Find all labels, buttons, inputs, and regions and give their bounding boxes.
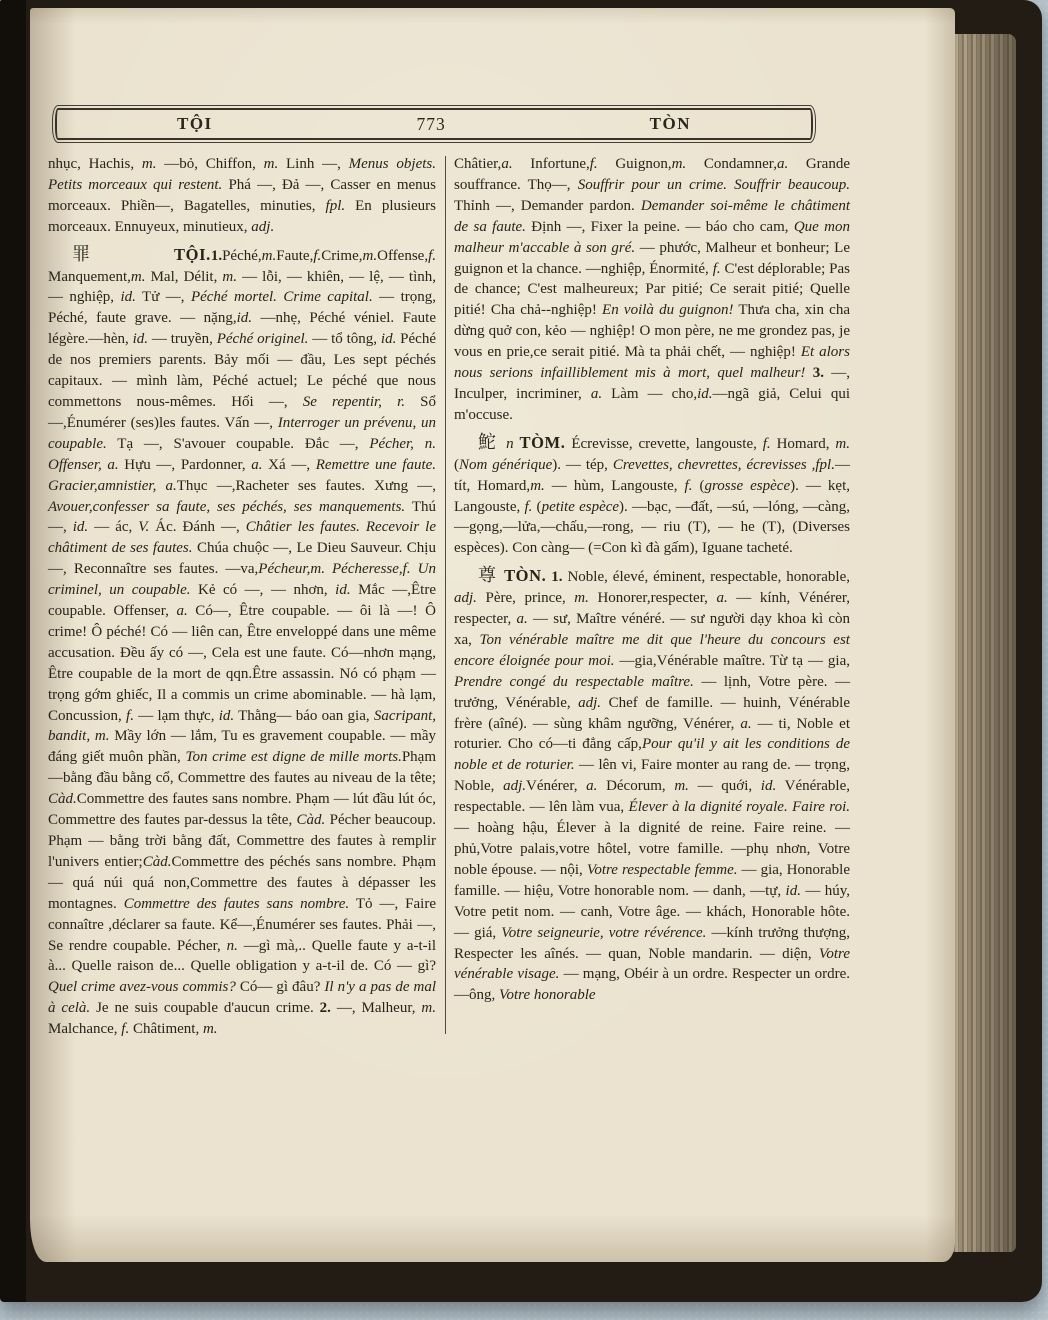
- book-photo: { "running_head": { "left_catchword": "T…: [0, 0, 1048, 1320]
- entry-toi-continuation: Châtier,a. Infortune,f. Guignon,m. Conda…: [454, 154, 850, 426]
- running-head-right-catchword: TÒN: [650, 114, 691, 134]
- entry-tom: 鮀 n TÒM. Écrevisse, crevette, langouste,…: [454, 433, 850, 559]
- page-number: 773: [417, 114, 446, 135]
- column-right: Châtier,a. Infortune,f. Guignon,m. Conda…: [454, 154, 850, 1040]
- entry-ton: 尊 TÒN. 1. Noble, élevé, éminent, respect…: [454, 566, 850, 1006]
- dictionary-page: TỘI 773 TÒN nhục, Hachis, m. —bỏ, Chiffo…: [30, 8, 955, 1262]
- page-edge-stack: [946, 34, 1016, 1252]
- column-divider-rule: [445, 156, 446, 1034]
- running-head-left-catchword: TỘI: [177, 114, 213, 134]
- text-area: nhục, Hachis, m. —bỏ, Chiffon, m. Linh —…: [48, 154, 850, 1040]
- entry-toi: 罪 TỘI.1.Péché,m.Faute,f.Crime,m.Offense,…: [48, 245, 436, 1040]
- entry-toi-run-in: nhục, Hachis, m. —bỏ, Chiffon, m. Linh —…: [48, 154, 436, 238]
- running-head: TỘI 773 TÒN: [55, 108, 813, 140]
- column-left: nhục, Hachis, m. —bỏ, Chiffon, m. Linh —…: [48, 154, 436, 1040]
